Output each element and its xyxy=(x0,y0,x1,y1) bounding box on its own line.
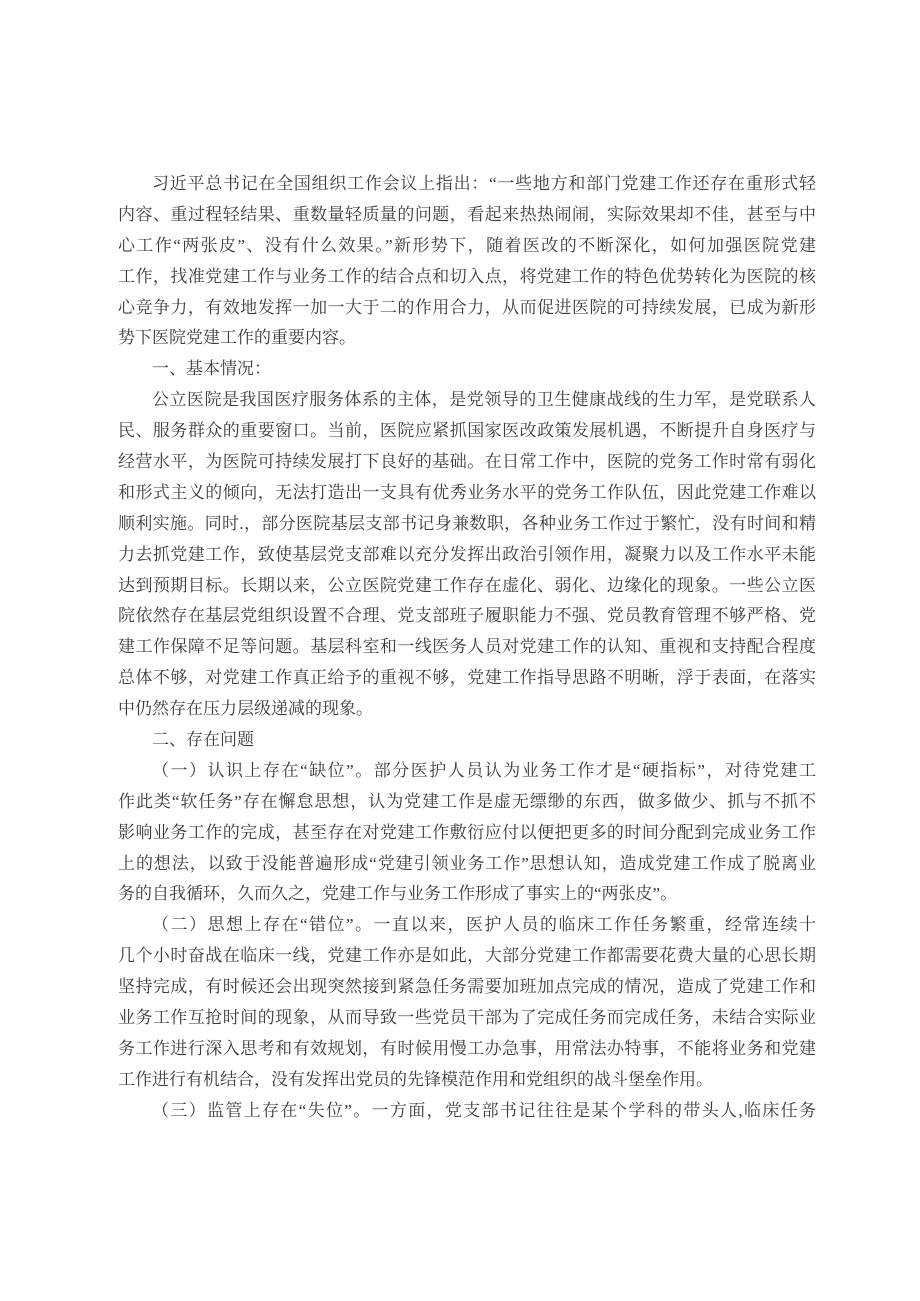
text-line: 总体不够，对党建工作真正给予的重视不够，党建工作指导思路不明晰，浮于表面，在落实 xyxy=(118,663,816,694)
text-line: 势下医院党建工作的重要内容。 xyxy=(118,323,816,354)
text-line: 心工作“两张皮”、没有什么效果。”新形势下，随着医改的不断深化，如何加强医院党建 xyxy=(118,231,816,262)
problem-3-paragraph: （三）监管上存在“失位”。一方面，党支部书记往往是某个学科的带头人,临床任务 xyxy=(118,1096,816,1127)
text-line: 心竞争力，有效地发挥一加一大于二的作用合力，从而促进医院的可持续发展，已成为新形 xyxy=(118,293,816,324)
text-line: 和形式主义的倾向，无法打造出一支具有优秀业务水平的党务工作队伍，因此党建工作难以 xyxy=(118,478,816,509)
text-line: （二）思想上存在“错位”。一直以来，医护人员的临床工作任务繁重，经常连续十 xyxy=(118,910,816,941)
heading-line: 二、存在问题 xyxy=(118,725,816,756)
text-line: 坚持完成，有时候还会出现突然接到紧急任务需要加班加点完成的情况，造成了党建工作和 xyxy=(118,972,816,1003)
text-line: 作此类“软任务”存在懈怠思想，认为党建工作是虚无缥缈的东西，做多做少、抓与不抓不 xyxy=(118,787,816,818)
text-line: 务的自我循环，久而久之，党建工作与业务工作形成了事实上的“两张皮”。 xyxy=(118,879,816,910)
text-line: 达到预期目标。长期以来，公立医院党建工作存在虚化、弱化、边缘化的现象。一些公立医 xyxy=(118,571,816,602)
text-line: 建工作保障不足等问题。基层科室和一线医务人员对党建工作的认知、重视和支持配合程度 xyxy=(118,632,816,663)
text-line: （一）认识上存在“缺位”。部分医护人员认为业务工作才是“硬指标”，对待党建工 xyxy=(118,756,816,787)
text-line: 顺利实施。同时.，部分医院基层支部书记身兼数职，各种业务工作过于繁忙，没有时间和… xyxy=(118,509,816,540)
text-line: 务工作进行深入思考和有效规划，有时候用慢工办急事，用常法办特事，不能将业务和党建 xyxy=(118,1034,816,1065)
document-body: 习近平总书记在全国组织工作会议上指出：“一些地方和部门党建工作还存在重形式轻内容… xyxy=(118,169,816,1127)
section-2-heading: 二、存在问题 xyxy=(118,725,816,756)
text-line: 业务工作互抢时间的现象，从而导致一些党员干部为了完成任务而完成任务，未结合实际业 xyxy=(118,1003,816,1034)
basic-situation-paragraph: 公立医院是我国医疗服务体系的主体，是党领导的卫生健康战线的生力军，是党联系人民、… xyxy=(118,385,816,725)
text-line: 工作进行有机结合，没有发挥出党员的先锋模范作用和党组织的战斗堡垒作用。 xyxy=(118,1065,816,1096)
text-line: 内容、重过程轻结果、重数量轻质量的问题，看起来热热闹闹，实际效果却不佳，甚至与中 xyxy=(118,200,816,231)
text-line: 上的想法，以致于没能普遍形成“党建引领业务工作”思想认知，造成党建工作成了脱离业 xyxy=(118,849,816,880)
text-line: 经营水平，为医院可持续发展打下良好的基础。在日常工作中，医院的党务工作时常有弱化 xyxy=(118,447,816,478)
document-page: 习近平总书记在全国组织工作会议上指出：“一些地方和部门党建工作还存在重形式轻内容… xyxy=(0,0,920,1301)
text-line: 力去抓党建工作，致使基层党支部难以充分发挥出政治引领作用，凝聚力以及工作水平未能 xyxy=(118,540,816,571)
section-1-heading: 一、基本情况： xyxy=(118,354,816,385)
text-line: 几个小时奋战在临床一线，党建工作亦是如此，大部分党建工作都需要花费大量的心思长期 xyxy=(118,941,816,972)
intro-paragraph: 习近平总书记在全国组织工作会议上指出：“一些地方和部门党建工作还存在重形式轻内容… xyxy=(118,169,816,354)
text-line: 习近平总书记在全国组织工作会议上指出：“一些地方和部门党建工作还存在重形式轻 xyxy=(118,169,816,200)
text-line: 公立医院是我国医疗服务体系的主体，是党领导的卫生健康战线的生力军，是党联系人 xyxy=(118,385,816,416)
heading-line: 一、基本情况： xyxy=(118,354,816,385)
text-line: 院依然存在基层党组织设置不合理、党支部班子履职能力不强、党员教育管理不够严格、党 xyxy=(118,601,816,632)
problem-2-paragraph: （二）思想上存在“错位”。一直以来，医护人员的临床工作任务繁重，经常连续十几个小… xyxy=(118,910,816,1095)
text-line: 工作，找准党建工作与业务工作的结合点和切入点，将党建工作的特色优势转化为医院的核 xyxy=(118,262,816,293)
text-line: （三）监管上存在“失位”。一方面，党支部书记往往是某个学科的带头人,临床任务 xyxy=(118,1096,816,1127)
problem-1-paragraph: （一）认识上存在“缺位”。部分医护人员认为业务工作才是“硬指标”，对待党建工作此… xyxy=(118,756,816,910)
text-line: 影响业务工作的完成，甚至存在对党建工作敷衍应付以便把更多的时间分配到完成业务工作 xyxy=(118,818,816,849)
text-line: 民、服务群众的重要窗口。当前，医院应紧抓国家医改政策发展机遇，不断提升自身医疗与 xyxy=(118,416,816,447)
text-line: 中仍然存在压力层级递减的现象。 xyxy=(118,694,816,725)
